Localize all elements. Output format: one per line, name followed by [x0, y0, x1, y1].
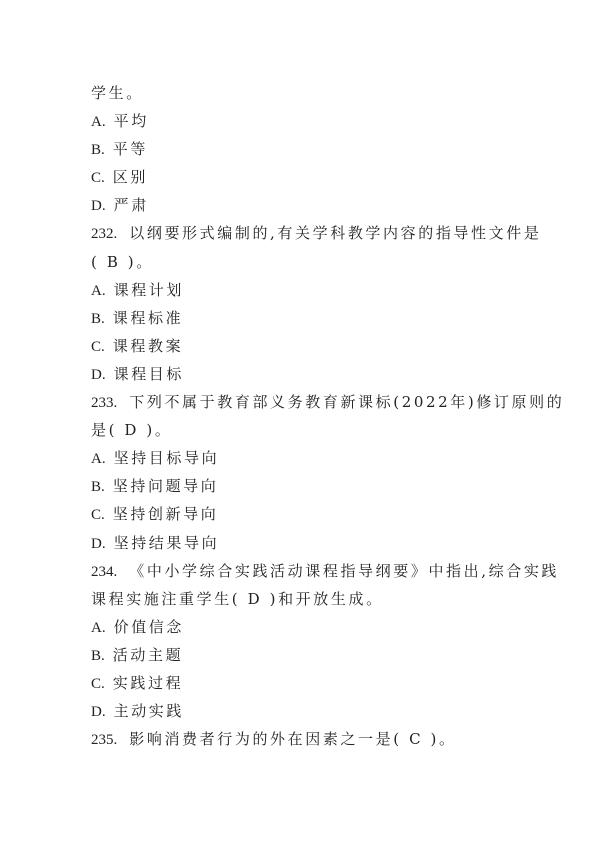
option-letter: A. [91, 114, 106, 130]
text-line: 学生。 [91, 79, 531, 107]
text-line: 课程实施注重学生( D )和开放生成。 [91, 585, 531, 613]
option-letter: B. [91, 311, 105, 327]
option-text: 实践过程 [113, 674, 183, 692]
option-letter: C. [91, 676, 105, 692]
option-text: 价值信念 [114, 618, 184, 636]
option-letter: D. [91, 367, 106, 383]
text-line: ( B )。 [91, 248, 531, 276]
option-text: 平等 [113, 140, 148, 158]
question-233: 233.下列不属于教育部义务教育新课标(2022年)修订原则的 [91, 388, 531, 416]
option-text: 坚持创新导向 [113, 505, 219, 523]
question-235: 235.影响消费者行为的外在因素之一是( C )。 [91, 725, 531, 753]
document-page: 学生。 A.平均 B.平等 C.区别 D.严肃 232.以纲要形式编制的,有关学… [91, 79, 531, 753]
option-letter: B. [91, 142, 105, 158]
question-text: 《中小学综合实践活动课程指导纲要》中指出,综合实践 [129, 562, 559, 580]
option-d: D.主动实践 [91, 697, 531, 725]
question-number: 233. [91, 395, 117, 411]
option-c: C.实践过程 [91, 669, 531, 697]
option-a: A.坚持目标导向 [91, 444, 531, 472]
option-c: C.区别 [91, 163, 531, 191]
option-text: 课程标准 [113, 309, 183, 327]
text-line: 是( D )。 [91, 416, 531, 444]
option-letter: D. [91, 536, 106, 552]
question-232: 232.以纲要形式编制的,有关学科教学内容的指导性文件是 [91, 219, 531, 247]
line-text: ( B )。 [91, 253, 154, 271]
option-d: D.严肃 [91, 191, 531, 219]
option-b: B.活动主题 [91, 641, 531, 669]
option-letter: A. [91, 283, 106, 299]
option-text: 区别 [113, 168, 148, 186]
option-b: B.坚持问题导向 [91, 472, 531, 500]
option-text: 课程计划 [114, 281, 184, 299]
option-c: C.坚持创新导向 [91, 500, 531, 528]
question-text: 下列不属于教育部义务教育新课标(2022年)修订原则的 [129, 393, 564, 411]
question-number: 235. [91, 732, 117, 748]
option-letter: C. [91, 507, 105, 523]
option-c: C.课程教案 [91, 332, 531, 360]
option-b: B.课程标准 [91, 304, 531, 332]
option-a: A.价值信念 [91, 613, 531, 641]
option-text: 课程教案 [113, 337, 183, 355]
question-number: 232. [91, 226, 117, 242]
option-d: D.坚持结果导向 [91, 529, 531, 557]
option-b: B.平等 [91, 135, 531, 163]
question-number: 234. [91, 564, 117, 580]
option-text: 严肃 [114, 196, 149, 214]
option-letter: A. [91, 451, 106, 467]
option-a: A.课程计划 [91, 276, 531, 304]
option-text: 主动实践 [114, 702, 184, 720]
option-text: 活动主题 [113, 646, 183, 664]
option-letter: B. [91, 648, 105, 664]
option-letter: B. [91, 479, 105, 495]
option-text: 坚持问题导向 [113, 477, 219, 495]
option-text: 课程目标 [114, 365, 184, 383]
option-text: 坚持结果导向 [114, 534, 220, 552]
line-text: 学生。 [91, 84, 144, 102]
line-text: 课程实施注重学生( D )和开放生成。 [91, 590, 384, 608]
question-text: 影响消费者行为的外在因素之一是( C )。 [129, 730, 456, 748]
option-letter: D. [91, 198, 106, 214]
option-letter: D. [91, 704, 106, 720]
question-234: 234.《中小学综合实践活动课程指导纲要》中指出,综合实践 [91, 557, 531, 585]
option-letter: C. [91, 339, 105, 355]
option-text: 坚持目标导向 [114, 449, 220, 467]
option-a: A.平均 [91, 107, 531, 135]
line-text: 是( D )。 [91, 421, 172, 439]
option-text: 平均 [114, 112, 149, 130]
option-letter: A. [91, 620, 106, 636]
question-text: 以纲要形式编制的,有关学科教学内容的指导性文件是 [129, 224, 541, 242]
option-d: D.课程目标 [91, 360, 531, 388]
option-letter: C. [91, 170, 105, 186]
